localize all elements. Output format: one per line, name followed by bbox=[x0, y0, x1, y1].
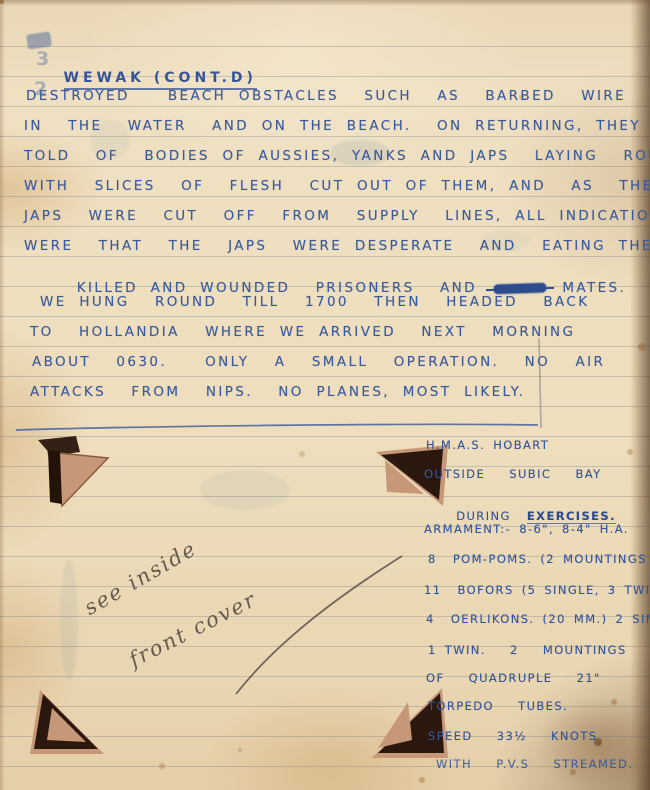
caption-line: OUTSIDE SUBIC BAY bbox=[424, 467, 602, 481]
caption-line: H.M.A.S. HOBART bbox=[426, 438, 549, 452]
caption-line: WITH P.V.S STREAMED. bbox=[436, 757, 633, 771]
handwritten-line: IN THE WATER AND ON THE BEACH. ON RETURN… bbox=[24, 118, 641, 134]
page-edge-top bbox=[0, 0, 650, 6]
pencil-note-line: front cover bbox=[125, 587, 260, 672]
handwritten-line: WERE THAT THE JAPS WERE DESPERATE AND EA… bbox=[24, 238, 650, 254]
handwritten-line: DESTROYED BEACH OBSTACLES SUCH AS BARBED… bbox=[26, 88, 626, 104]
caption-line: ARMAMENT:- 8-6", 8-4" H.A. bbox=[424, 522, 629, 536]
caption-line: OF QUADRUPLE 21" bbox=[426, 671, 601, 685]
caption-line: 1 TWIN. 2 MOUNTINGS bbox=[428, 643, 627, 657]
handwritten-line: TO HOLLANDIA WHERE WE ARRIVED NEXT MORNI… bbox=[30, 324, 575, 340]
handwritten-line: ATTACKS FROM NIPS. NO PLANES, MOST LIKEL… bbox=[30, 384, 525, 400]
handwritten-line: WE HUNG ROUND TILL 1700 THEN HEADED BACK bbox=[40, 294, 589, 310]
scribbled-out-word bbox=[493, 283, 545, 294]
ink-bleed-spot bbox=[60, 560, 78, 680]
caption-line: 11 BOFORS (5 SINGLE, 3 TWIN) WOR bbox=[424, 583, 650, 597]
caption-line: 4 OERLIKONS. (20 MM.) 2 SINGLE. bbox=[426, 612, 650, 626]
paper-stains bbox=[0, 0, 4, 4]
pencil-curve-stroke bbox=[236, 556, 402, 694]
diary-page-scan: 3 2 WEWAK (CONT.D) DESTROYED BEACH OBSTA… bbox=[0, 0, 650, 790]
photo-corner-top-left bbox=[26, 436, 110, 512]
blue-ink-smudge bbox=[26, 31, 52, 49]
caption-line: 8 POM-POMS. (2 MOUNTINGS OF 4 bbox=[428, 552, 650, 566]
ink-separator-line bbox=[16, 424, 538, 430]
pencil-note-line: see inside bbox=[80, 536, 201, 620]
title-word: WEWAK (CONT.D) bbox=[64, 70, 257, 90]
handwritten-line: ABOUT 0630. ONLY A SMALL OPERATION. NO A… bbox=[32, 354, 605, 370]
ink-bleed-spot bbox=[200, 470, 290, 510]
caption-line: SPEED 33½ KNOTS bbox=[428, 729, 597, 743]
photo-corner-bottom-left bbox=[26, 686, 106, 764]
caption-text: DURING bbox=[456, 509, 527, 523]
handwritten-line: JAPS WERE CUT OFF FROM SUPPLY LINES, ALL… bbox=[24, 208, 650, 224]
handwritten-line: TOLD OF BODIES OF AUSSIES, YANKS AND JAP… bbox=[24, 148, 650, 164]
page-edge-left bbox=[0, 0, 5, 790]
handwritten-line: WITH SLICES OF FLESH CUT OUT OF THEM, AN… bbox=[24, 178, 650, 194]
caption-line: TORPEDO TUBES. bbox=[428, 699, 568, 713]
page-crease-mark bbox=[539, 338, 541, 428]
